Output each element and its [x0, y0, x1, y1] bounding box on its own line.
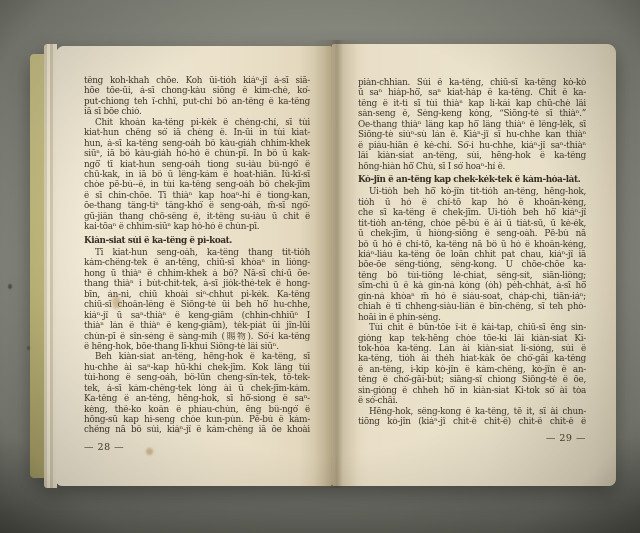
text-line: sīm-chì ū ê kà gín-ná kóng (o̍h) pe̍h-ch… [358, 281, 586, 291]
text-line: lâi kiàn-siat an-têng, súi, hēng-hok ê k… [358, 151, 586, 161]
text-line: Chit khoán ka-têng pi-ke̍k ê chéng-chí, … [84, 118, 310, 128]
text-line: têng bô tùi-tiōng lé-chiat, sêng-si̍t, s… [358, 271, 586, 281]
text-line: ê an-têng, i-kip kò-jîn ê kám-chêng, kò-… [358, 365, 586, 375]
text-line: hōng-sū kap hi-seng chòe kun-pún. Pē-bú … [84, 415, 310, 425]
page-number-right: — 29 — [358, 433, 586, 444]
left-page: têng koh-khah chōe. Koh ūi-tio̍h kiáⁿ-jî… [56, 46, 332, 486]
text-line: sìn-gióng ê chheh hō͘ in kiàn-siat Ki-to… [358, 386, 586, 396]
text-line: thiàⁿ lán ê thiàⁿ ê keng-giām), te̍k-pia… [84, 321, 310, 331]
text-line: Tī kiat-hun seng-oa̍h, ka-têng thang tit… [84, 248, 310, 258]
text-line: hong ū thiàⁿ ê chhim-khek á bô? Nā-sī ch… [84, 269, 310, 279]
text-line: tok-hòa ka-têng. Lán ài kiàn-siat lí-sió… [358, 344, 586, 354]
text-line: têng koh-khah chōe. Koh ūi-tio̍h kiáⁿ-jî… [84, 76, 310, 86]
section-heading: Kiàn-siat súi ê ka-têng ê pì-koat. [84, 236, 310, 246]
text-line: kiáⁿ-liáu ka-têng ōe loān chhit pat chau… [358, 250, 586, 260]
text-line: gū-jiân thang chō-sêng ê, it-têng su-iàu… [84, 212, 310, 222]
text-line: chiū-sī choân-lêng ê Siōng-tè ūi beh hō͘… [84, 300, 310, 310]
text-line: kiat-hun chêng só͘ iā chèng ê. In-ūi in … [84, 128, 310, 138]
text-line: ōe-thang tâng-tiⁿ tâng-khó͘ ê seng-oa̍h,… [84, 201, 310, 211]
text-line: ka-têng, tio̍h ài the̍h hiat-ka̍k ōe chó… [358, 354, 586, 364]
stain [8, 284, 12, 289]
text-line: tio̍h ū hó ê chí-tō kap hó ê khoân-kéng, [358, 198, 586, 208]
text-line: sán-seng ê, Sèng-keng kóng, “Siōng-tè sī… [358, 109, 586, 119]
text-line: chún-pī ê sîn-sèng ê sàng-mi̍h (賜物). Só͘… [84, 332, 310, 342]
text-line: iā sī bōe chió. [84, 107, 310, 117]
left-page-text: têng koh-khah chōe. Koh ūi-tio̍h kiáⁿ-jî… [84, 76, 310, 436]
text-line: kám-chêng-tek ê an-têng, chiū-sī khòaⁿ i… [84, 258, 310, 268]
text-line: gióng kap tek-hēng chòe tōe-ki lâi kiàn-… [358, 334, 586, 344]
text-line: Ka-têng ê an-têng, hēng-hok, sī hō͘-sion… [84, 394, 310, 404]
text-line: piàn-chhian. Súi ê ka-têng, chiū-sī ka-t… [358, 78, 586, 88]
text-line: Siōng-tè siúⁿ-sù lán ê. Kiáⁿ-jî sī hu-ch… [358, 130, 586, 140]
text-line: tit-tio̍h an-têng, chòe pē-bú ê ài ū tia… [358, 219, 586, 229]
text-line: kai-tōaⁿ ê chhim-siūⁿ kap hó-hó ê chún-p… [84, 222, 310, 232]
text-line: ū saⁿ hia̍p-hō͘, saⁿ kiat-ha̍p ê ka-têng… [358, 88, 586, 98]
text-line: gín-ná khòaⁿ m̄ hó ê siáu-soat, cha̍p-ch… [358, 292, 586, 302]
text-line: Tùi chit ê būn-tōe î-it ê kái-tap, chiū-… [358, 323, 586, 333]
text-line: hōe tōe-ūi, á-sī chong-kàu siōng ê kìm-c… [84, 86, 310, 96]
right-page: piàn-chhian. Súi ê ka-têng, chiū-sī ka-t… [332, 44, 616, 486]
text-line: kiáⁿ-jî ū saⁿ-thiàⁿ ê keng-giām (chhin-c… [84, 311, 310, 321]
text-line: tùi-hong ê seng-oa̍h, bô-lūn cheng-sîn-t… [84, 373, 310, 383]
text-line: kèng, thê-ko koân ê phiau-chún, ēng bû-n… [84, 405, 310, 415]
text-line: hoāi in ê phín-sèng. [358, 313, 586, 323]
text-line: têng ê chó͘-gāi-bu̍t; siāng-sî chiong Si… [358, 375, 586, 385]
right-page-text: piàn-chhian. Súi ê ka-têng, chiū-sī ka-t… [358, 78, 586, 427]
page-number-left: — 28 — [84, 442, 310, 453]
text-line: bōe-ōe sêng-tióng, sêng-kong. Ū chōe-chō… [358, 260, 586, 270]
text-line: ê sī chin-chōe. Tī thiàⁿ kap hoaⁿ-hí ê t… [84, 191, 310, 201]
text-line: Ui-tio̍h beh hō͘ kò-jîn tit-tio̍h an-tên… [358, 187, 586, 197]
text-line: ê piáu-hiān ê ké-chí. Só͘-í hu-chhe, kiá… [358, 141, 586, 151]
text-line: chiah ê tī chheng-siàu-liân ê bīn-chêng,… [358, 302, 586, 312]
text-line: ê só͘-chāi. [358, 396, 586, 406]
text-line: hun, á-sī ka-têng seng-oa̍h bô kàu-gia̍h… [84, 139, 310, 149]
text-line: chū-kak, in iā bô ū lêng-kám ê hoat-hiān… [84, 170, 310, 180]
text-line: siūⁿ, iā bô kàu-gia̍h hó-hó ê chún-pī. I… [84, 149, 310, 159]
text-line: ê hēng-hok, bōe-thang lī-khui Siōng-tè l… [84, 342, 310, 352]
text-line: bô ū hó ê chí-tō, ka-têng nā bô ū hó ê k… [358, 240, 586, 250]
text-line: che sī ka-têng ê chek-jīm. Ui-tio̍h beh … [358, 208, 586, 218]
text-line: ū chek-jīm, ū hiòng-siōng ê seng-oa̍h. P… [358, 229, 586, 239]
text-line: têng ê it-tì sī tùi thiàⁿ kap lí-kái kap… [358, 99, 586, 109]
text-line: chêng nā bô súi, kiáⁿ-jî ê kám-chêng iā … [84, 425, 310, 435]
text-line: hōng-hiàn hō͘ Chú, sī I só͘ hoaⁿ-hí ê. [358, 162, 586, 172]
text-line: thang thiàⁿ i bu̍t-chit-tek, á-sī jio̍k-… [84, 279, 310, 289]
text-line: tek, á-sī kám-chêng-tek lóng ài ū chek-j… [84, 384, 310, 394]
text-line: Hēng-hok, sêng-kong ê ka-têng, tē it, sī… [358, 407, 586, 417]
text-line: chòe pē-bú--ê, in tùi ka-têng seng-oa̍h … [84, 180, 310, 190]
section-heading: Kò-jîn ê an-têng kap chek-ke̍k-tek ê kám… [358, 175, 586, 185]
book-photo: têng koh-khah chōe. Koh ūi-tio̍h kiáⁿ-jî… [0, 0, 640, 533]
open-book: têng koh-khah chōe. Koh ūi-tio̍h kiáⁿ-jî… [30, 38, 622, 490]
text-line: tiōng kò-jîn (kiáⁿ-jî chit-ê chit-ê) chi… [358, 417, 586, 427]
text-line: Beh kiàn-siat an-têng, hēng-hok ê ka-tên… [84, 352, 310, 362]
text-line: put-chiong teh î-chhî, put-chí bô an-tên… [84, 97, 310, 107]
text-line: bīn, án-ni, chiū khoài siⁿ-chhut pi-ke̍k… [84, 290, 310, 300]
text-line: Ōe-thang thiàⁿ lâng kap hō͘ lâng thiàⁿ ê… [358, 120, 586, 130]
text-line: ngō͘ tī kiat-hun seng-oa̍h tiong su-iàu … [84, 160, 310, 170]
text-line: hu-chhe ài saⁿ-kap hū-khí chek-jīm. Kok … [84, 363, 310, 373]
